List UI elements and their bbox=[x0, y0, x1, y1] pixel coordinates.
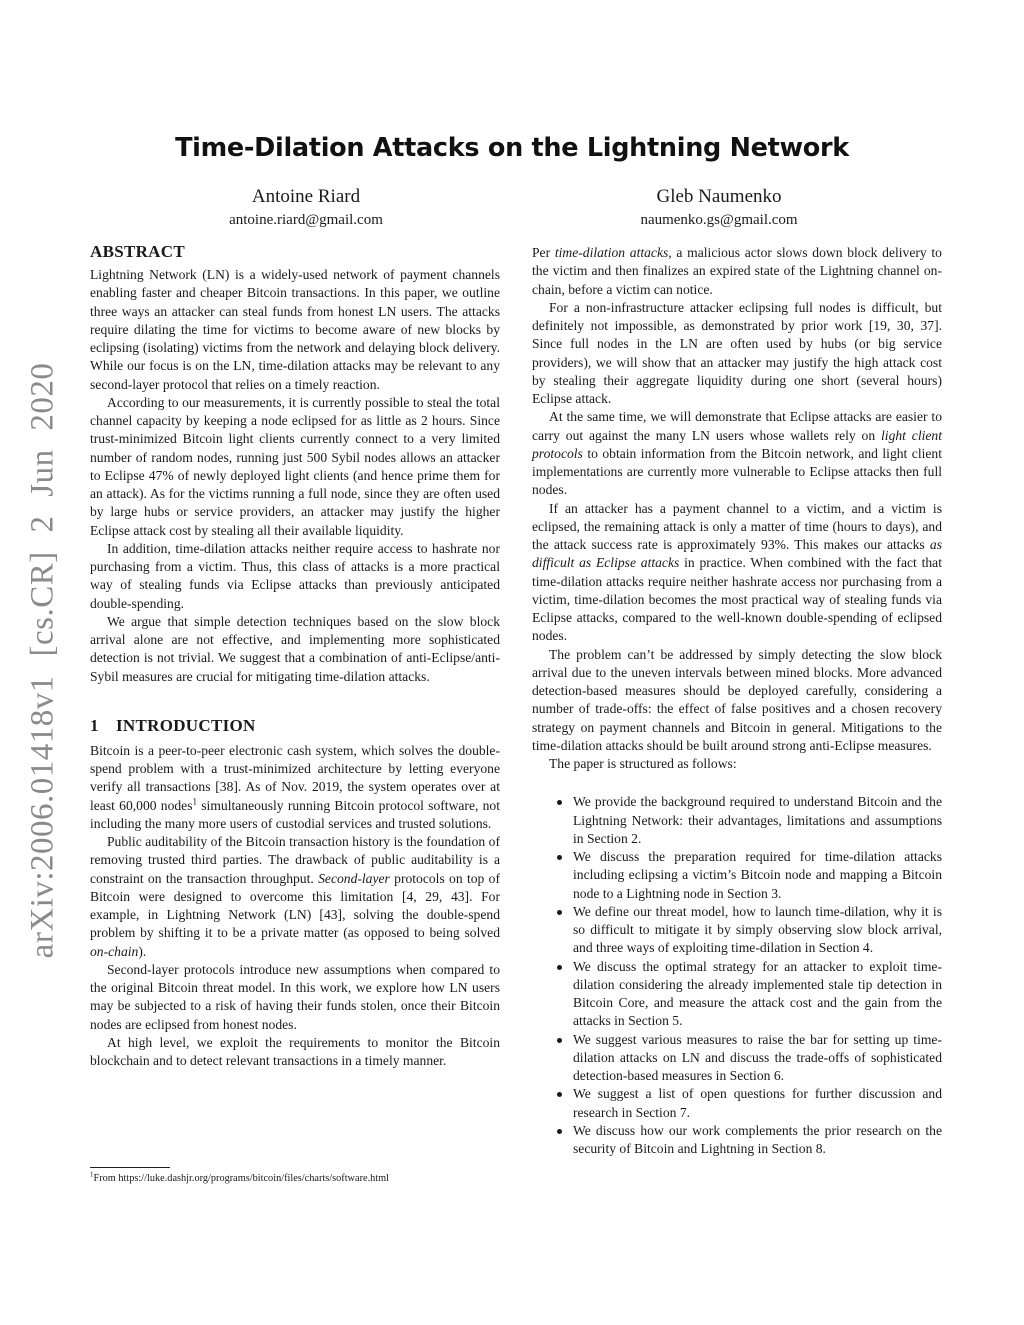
abstract-paragraph: In addition, time-dilation attacks neith… bbox=[90, 540, 500, 613]
intro-paragraph: Public auditability of the Bitcoin trans… bbox=[90, 833, 500, 961]
body-paragraph: For a non-infrastructure attacker eclips… bbox=[532, 299, 942, 409]
text-run: ). bbox=[138, 944, 146, 959]
list-item: We discuss how our work complements the … bbox=[573, 1122, 942, 1159]
abstract-heading: ABSTRACT bbox=[90, 242, 500, 262]
abstract-paragraph: Lightning Network (LN) is a widely-used … bbox=[90, 266, 500, 394]
author-email: naumenko.gs@gmail.com bbox=[569, 210, 869, 230]
paper-structure-list: We provide the background required to un… bbox=[532, 793, 942, 1158]
author-name: Gleb Naumenko bbox=[569, 186, 869, 208]
intro-paragraph: Second-layer protocols introduce new ass… bbox=[90, 961, 500, 1034]
author-name: Antoine Riard bbox=[156, 186, 456, 208]
abstract-paragraph: According to our measurements, it is cur… bbox=[90, 394, 500, 540]
intro-paragraph: At high level, we exploit the requiremen… bbox=[90, 1034, 500, 1071]
list-item: We define our threat model, how to launc… bbox=[573, 903, 942, 958]
body-paragraph: Per time-dilation attacks, a malicious a… bbox=[532, 244, 942, 299]
author-block: Antoine Riard antoine.riard@gmail.com bbox=[156, 186, 456, 230]
arxiv-identifier-stamp: arXiv:2006.01418v1 [cs.CR] 2 Jun 2020 bbox=[18, 360, 68, 960]
list-item: We discuss the preparation required for … bbox=[573, 848, 942, 903]
emphasis: on-chain bbox=[90, 944, 138, 959]
body-paragraph: The paper is structured as follows: bbox=[532, 755, 942, 773]
emphasis: time-dilation attacks bbox=[555, 245, 668, 260]
section-heading-introduction: 1INTRODUCTION bbox=[90, 716, 500, 736]
author-email: antoine.riard@gmail.com bbox=[156, 210, 456, 230]
left-column: ABSTRACT Lightning Network (LN) is a wid… bbox=[90, 242, 500, 1070]
footnote-text: From https://luke.dashjr.org/programs/bi… bbox=[94, 1173, 390, 1184]
body-paragraph: The problem can’t be addressed by simply… bbox=[532, 646, 942, 756]
footnote: 1From https://luke.dashjr.org/programs/b… bbox=[90, 1172, 389, 1186]
list-item: We suggest a list of open questions for … bbox=[573, 1085, 942, 1122]
list-item: We discuss the optimal strategy for an a… bbox=[573, 958, 942, 1031]
emphasis: Second-layer bbox=[318, 871, 390, 886]
body-paragraph: At the same time, we will demonstrate th… bbox=[532, 408, 942, 499]
author-block: Gleb Naumenko naumenko.gs@gmail.com bbox=[569, 186, 869, 230]
section-title: INTRODUCTION bbox=[116, 716, 256, 735]
list-item: We provide the background required to un… bbox=[573, 793, 942, 848]
paper-title: Time-Dilation Attacks on the Lightning N… bbox=[0, 133, 1024, 163]
list-item: We suggest various measures to raise the… bbox=[573, 1031, 942, 1086]
body-paragraph: If an attacker has a payment channel to … bbox=[532, 500, 942, 646]
arxiv-identifier-text: arXiv:2006.01418v1 [cs.CR] 2 Jun 2020 bbox=[25, 362, 62, 958]
abstract-paragraph: We argue that simple detection technique… bbox=[90, 613, 500, 686]
text-run: Per bbox=[532, 245, 555, 260]
intro-paragraph: Bitcoin is a peer-to-peer electronic cas… bbox=[90, 742, 500, 833]
text-run: to obtain information from the Bitcoin n… bbox=[532, 446, 942, 498]
footnote-divider bbox=[90, 1167, 170, 1168]
right-column: Per time-dilation attacks, a malicious a… bbox=[532, 244, 942, 1158]
text-run: If an attacker has a payment channel to … bbox=[532, 501, 942, 553]
section-number: 1 bbox=[90, 716, 116, 736]
